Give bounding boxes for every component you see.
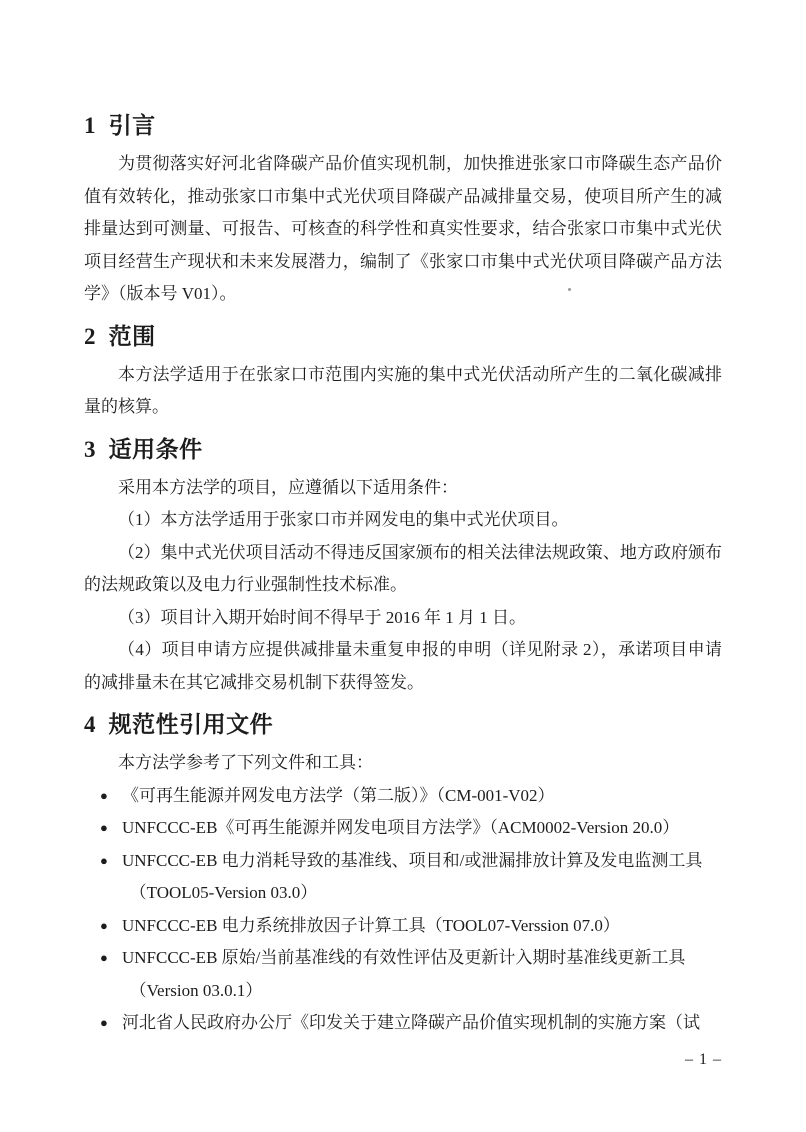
bullet-icon: ● bbox=[100, 942, 108, 975]
reference-item: ● UNFCCC-EB 电力系统排放因子计算工具（TOOL07-Verssion… bbox=[84, 910, 722, 943]
reference-item: ● UNFCCC-EB 电力消耗导致的基准线、项目和/或泄漏排放计算及发电监测工… bbox=[84, 845, 722, 910]
reference-item: ● 河北省人民政府办公厅《印发关于建立降碳产品价值实现机制的实施方案（试 bbox=[84, 1007, 722, 1040]
section-heading-introduction: 1引言 bbox=[84, 112, 722, 140]
section-heading-references: 4规范性引用文件 bbox=[84, 711, 722, 739]
reference-item-text: UNFCCC-EB《可再生能源并网发电项目方法学》（ACM0002-Versio… bbox=[122, 812, 722, 845]
section-title: 引言 bbox=[109, 113, 156, 138]
introduction-paragraph: 为贯彻落实好河北省降碳产品价值实现机制，加快推进张家口市降碳生态产品价值有效转化… bbox=[84, 148, 722, 311]
section-number: 1 bbox=[84, 113, 96, 138]
section-introduction: 1引言 为贯彻落实好河北省降碳产品价值实现机制，加快推进张家口市降碳生态产品价值… bbox=[84, 112, 722, 311]
section-title: 适用条件 bbox=[109, 437, 203, 462]
bullet-icon: ● bbox=[100, 1007, 108, 1040]
applicability-condition-4: （4）项目申请方应提供减排量未重复申报的申明（详见附录 2），承诺项目申请的减排… bbox=[84, 634, 722, 699]
section-scope: 2范围 本方法学适用于在张家口市范围内实施的集中式光伏活动所产生的二氧化碳减排量… bbox=[84, 323, 722, 424]
reference-item: ● UNFCCC-EB《可再生能源并网发电项目方法学》（ACM0002-Vers… bbox=[84, 812, 722, 845]
reference-item-text: （Version 03.0.1） bbox=[122, 975, 722, 1008]
reference-item-text: （TOOL05-Version 03.0） bbox=[122, 877, 722, 910]
reference-item-text: UNFCCC-EB 电力系统排放因子计算工具（TOOL07-Verssion 0… bbox=[122, 910, 722, 943]
section-title: 规范性引用文件 bbox=[109, 712, 274, 737]
section-heading-applicability: 3适用条件 bbox=[84, 436, 722, 464]
section-number: 4 bbox=[84, 712, 96, 737]
reference-item-text: 河北省人民政府办公厅《印发关于建立降碳产品价值实现机制的实施方案（试 bbox=[122, 1007, 722, 1040]
section-number: 3 bbox=[84, 437, 96, 462]
section-title: 范围 bbox=[109, 324, 156, 349]
reference-item-text: UNFCCC-EB 电力消耗导致的基准线、项目和/或泄漏排放计算及发电监测工具 bbox=[122, 845, 722, 878]
applicability-condition-1: （1）本方法学适用于张家口市并网发电的集中式光伏项目。 bbox=[84, 504, 722, 537]
section-applicability: 3适用条件 采用本方法学的项目，应遵循以下适用条件： （1）本方法学适用于张家口… bbox=[84, 436, 722, 700]
scan-artifact-dot bbox=[568, 288, 571, 291]
document-page: 1引言 为贯彻落实好河北省降碳产品价值实现机制，加快推进张家口市降碳生态产品价值… bbox=[0, 0, 806, 1132]
applicability-intro: 采用本方法学的项目，应遵循以下适用条件： bbox=[84, 472, 722, 505]
bullet-icon: ● bbox=[100, 780, 108, 813]
applicability-condition-3: （3）项目计入期开始时间不得早于 2016 年 1 月 1 日。 bbox=[84, 602, 722, 635]
page-number: – 1 – bbox=[84, 1048, 722, 1072]
applicability-condition-2: （2）集中式光伏项目活动不得违反国家颁布的相关法律法规政策、地方政府颁布的法规政… bbox=[84, 537, 722, 602]
section-heading-scope: 2范围 bbox=[84, 323, 722, 351]
section-number: 2 bbox=[84, 324, 96, 349]
reference-item: ● UNFCCC-EB 原始/当前基准线的有效性评估及更新计入期时基准线更新工具… bbox=[84, 942, 722, 1007]
reference-item-text: 《可再生能源并网发电方法学（第二版）》（CM-001-V02） bbox=[122, 780, 722, 813]
reference-item: ● 《可再生能源并网发电方法学（第二版）》（CM-001-V02） bbox=[84, 780, 722, 813]
bullet-icon: ● bbox=[100, 910, 108, 943]
scope-paragraph: 本方法学适用于在张家口市范围内实施的集中式光伏活动所产生的二氧化碳减排量的核算。 bbox=[84, 359, 722, 424]
references-intro: 本方法学参考了下列文件和工具： bbox=[84, 747, 722, 780]
section-references: 4规范性引用文件 本方法学参考了下列文件和工具： ● 《可再生能源并网发电方法学… bbox=[84, 711, 722, 1040]
bullet-icon: ● bbox=[100, 812, 108, 845]
reference-item-text: UNFCCC-EB 原始/当前基准线的有效性评估及更新计入期时基准线更新工具 bbox=[122, 942, 722, 975]
bullet-icon: ● bbox=[100, 845, 108, 878]
